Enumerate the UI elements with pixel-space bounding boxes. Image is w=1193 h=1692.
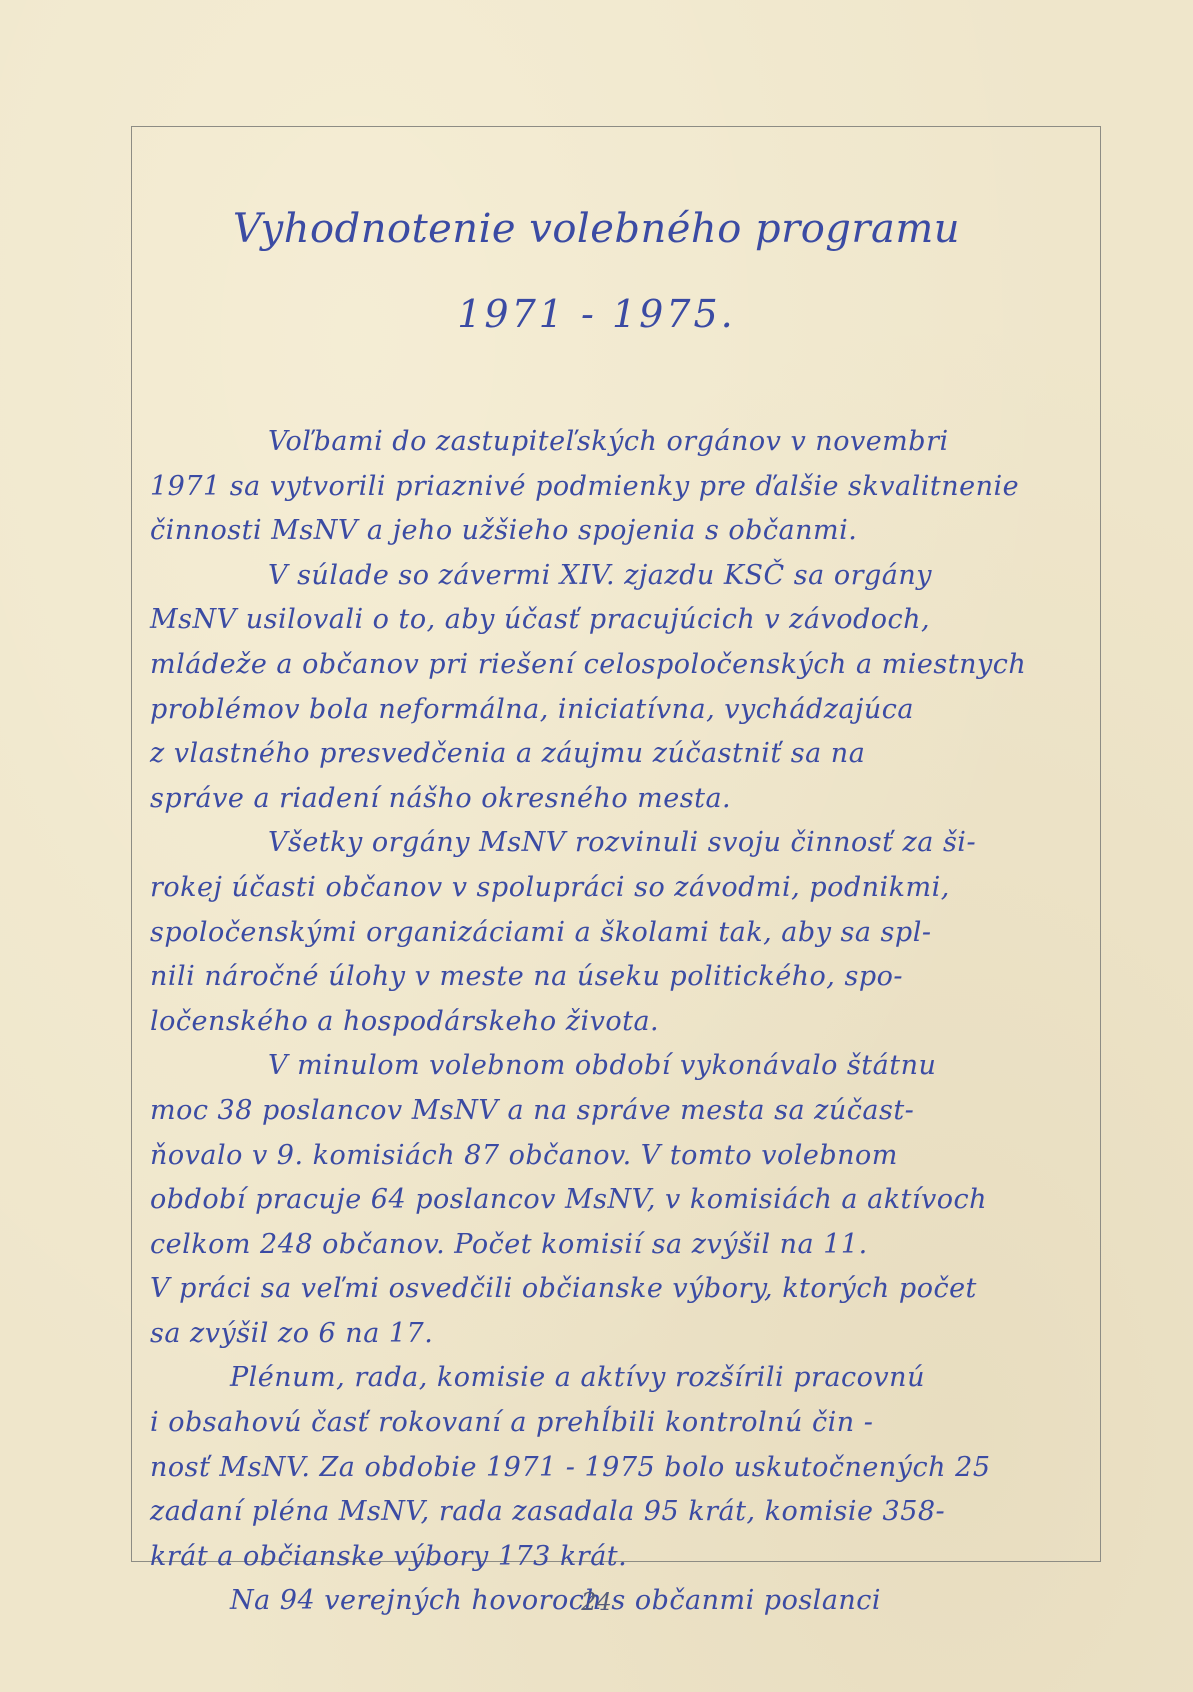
text-line: i obsahovú časť rokovaní a prehĺbili kon…	[150, 1401, 1090, 1446]
text-line: spoločenskými organizáciami a školami ta…	[150, 911, 1090, 956]
text-line: sa zvýšil zo 6 na 17.	[150, 1312, 1090, 1357]
text-line: celkom 248 občanov. Počet komisií sa zvý…	[150, 1223, 1090, 1268]
text-line: V minulom volebnom období vykonávalo štá…	[150, 1044, 1090, 1089]
text-line: Plénum, rada, komisie a aktívy rozšírili…	[150, 1356, 1090, 1401]
text-line: z vlastného presvedčenia a záujmu zúčast…	[150, 732, 1090, 777]
text-line: rokej účasti občanov v spolupráci so záv…	[150, 866, 1090, 911]
text-line: ločenského a hospodárskeho života.	[150, 1000, 1090, 1045]
text-line: období pracuje 64 poslancov MsNV, v komi…	[150, 1178, 1090, 1223]
text-line: MsNV usilovali o to, aby účasť pracujúci…	[150, 598, 1090, 643]
text-line: mládeže a občanov pri riešení celospoloč…	[150, 643, 1090, 688]
text-line: problémov bola neformálna, iniciatívna, …	[150, 688, 1090, 733]
handwritten-body: Voľbami do zastupiteľských orgánov v nov…	[150, 420, 1090, 1624]
text-line: zadaní pléna MsNV, rada zasadala 95 krát…	[150, 1490, 1090, 1535]
page-number: 24	[0, 1588, 1193, 1616]
text-line: činnosti MsNV a jeho užšieho spojenia s …	[150, 509, 1090, 554]
text-line: Voľbami do zastupiteľských orgánov v nov…	[150, 420, 1090, 465]
text-line: 1971 sa vytvorili priaznivé podmienky pr…	[150, 465, 1090, 510]
text-line: nosť MsNV. Za obdobie 1971 - 1975 bolo u…	[150, 1446, 1090, 1491]
text-line: V súlade so závermi XIV. zjazdu KSČ sa o…	[150, 554, 1090, 599]
document-period: 1971 - 1975.	[0, 292, 1193, 336]
text-line: Všetky orgány MsNV rozvinuli svoju činno…	[150, 821, 1090, 866]
text-line: moc 38 poslancov MsNV a na správe mesta …	[150, 1089, 1090, 1134]
text-line: nili náročné úlohy v meste na úseku poli…	[150, 955, 1090, 1000]
document-title: Vyhodnotenie volebného programu	[0, 206, 1193, 252]
text-line: správe a riadení nášho okresného mesta.	[150, 777, 1090, 822]
document-page: Vyhodnotenie volebného programu 1971 - 1…	[0, 0, 1193, 1692]
text-line: ňovalo v 9. komisiách 87 občanov. V tomt…	[150, 1134, 1090, 1179]
text-line: krát a občianske výbory 173 krát.	[150, 1535, 1090, 1580]
text-line: V práci sa veľmi osvedčili občianske výb…	[150, 1267, 1090, 1312]
